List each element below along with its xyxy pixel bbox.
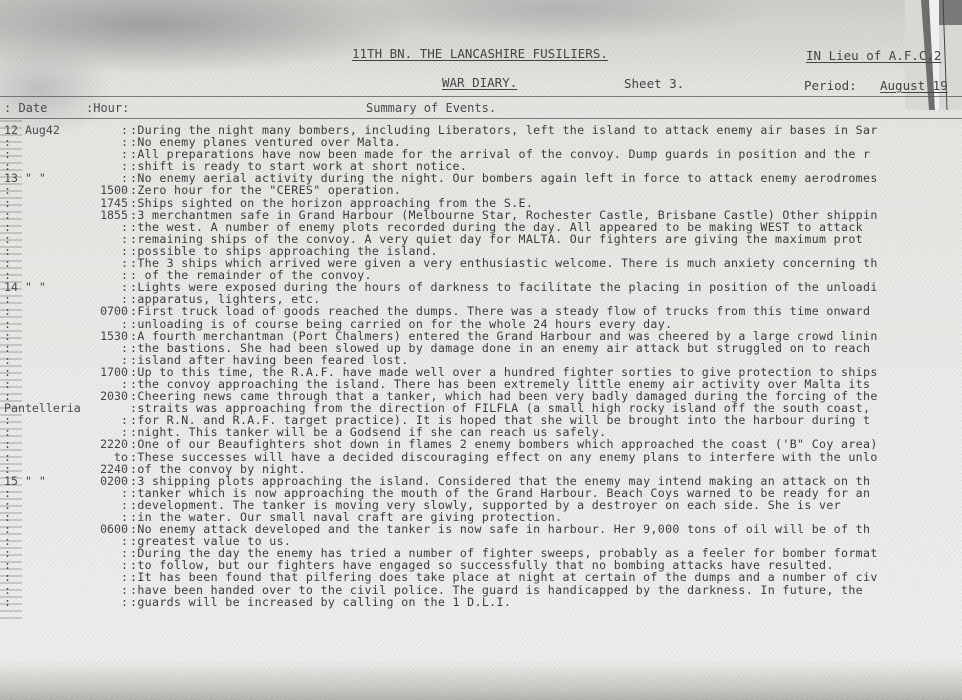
column-header-summary: Summary of Events. — [366, 101, 496, 115]
diary-entry-line: : : :have been handed over to the civil … — [0, 584, 962, 596]
entry-hour: 1855 — [88, 209, 128, 221]
diary-entry-line: : to :These successes will have a decide… — [0, 451, 962, 463]
entry-date: : — [4, 342, 96, 354]
entry-hour: : — [88, 596, 128, 608]
entry-hour: : — [88, 571, 128, 583]
diary-entry-line: : 1855 :3 merchantmen safe in Grand Harb… — [0, 209, 962, 221]
entry-hour: 0700 — [88, 305, 128, 317]
entry-summary-text: :the bastions. She had been slowed up by… — [130, 342, 870, 354]
entry-summary-text: :3 merchantmen safe in Grand Harbour (Me… — [130, 209, 878, 221]
entry-date: 13 " " — [4, 172, 96, 184]
entry-date: 14 " " — [4, 281, 96, 293]
entry-date: : — [4, 596, 96, 608]
entry-date: : — [4, 535, 96, 547]
entry-date: : — [4, 305, 96, 317]
diary-entry-line: : 2240 :of the convoy by night. — [0, 463, 962, 475]
entry-summary-text: :unloading is of course being carried on… — [130, 318, 672, 330]
period-value: August 19 — [880, 78, 948, 93]
entry-date: : — [4, 584, 96, 596]
entry-date: : — [4, 414, 96, 426]
column-header-hour: :Hour: — [86, 101, 129, 115]
entry-date: : — [4, 184, 96, 196]
entry-date: : — [4, 209, 96, 221]
entry-date: : — [4, 511, 96, 523]
sheet-number: Sheet 3. — [624, 76, 684, 91]
entry-date: : — [4, 233, 96, 245]
entry-hour: 1530 — [88, 330, 128, 342]
diary-entries: 12 Aug42 : :During the night many bomber… — [0, 124, 962, 608]
diary-entry-line: 15 " " 0200 :3 shipping plots approachin… — [0, 475, 962, 487]
entry-summary-text: :These successes will have a decided dis… — [130, 451, 878, 463]
header-rule-top — [0, 96, 962, 97]
scanned-war-diary-page: 11TH BN. THE LANCASHIRE FUSILIERS. IN Li… — [0, 0, 962, 700]
entry-summary-text: :First truck load of goods reached the d… — [130, 305, 870, 317]
entry-date: : — [4, 523, 96, 535]
entry-date: : — [4, 571, 96, 583]
entry-date: 15 " " — [4, 475, 96, 487]
diary-entry-line: : 0700 :First truck load of goods reache… — [0, 305, 962, 317]
unit-heading: 11TH BN. THE LANCASHIRE FUSILIERS. — [352, 46, 608, 61]
entry-date: : — [4, 245, 96, 257]
entry-date: : — [4, 221, 96, 233]
diary-entry-line: : 1500 :Zero hour for the "CERES" operat… — [0, 184, 962, 196]
entry-date: : — [4, 354, 96, 366]
entry-summary-text: :guards will be increased by calling on … — [130, 596, 511, 608]
entry-date: : — [4, 378, 96, 390]
entry-summary-text: :Zero hour for the "CERES" operation. — [130, 184, 401, 196]
entry-date: : — [4, 257, 96, 269]
entry-summary-text: :A fourth merchantman (Port Chalmers) en… — [130, 330, 878, 342]
diary-entry-line: : 2220 :One of our Beaufighters shot dow… — [0, 438, 962, 450]
entry-hour: : — [88, 318, 128, 330]
diary-entry-line: : : :the bastions. She had been slowed u… — [0, 342, 962, 354]
entry-hour: 2030 — [88, 390, 128, 402]
diary-entry-line: : 1745 :Ships sighted on the horizon app… — [0, 197, 962, 209]
entry-hour: : — [88, 342, 128, 354]
entry-summary-text: :have been handed over to the civil poli… — [130, 584, 863, 596]
entry-date: : — [4, 463, 96, 475]
entry-hour: 2240 — [88, 463, 128, 475]
diary-entry-line: : : :guards will be increased by calling… — [0, 596, 962, 608]
entry-summary-text: :One of our Beaufighters shot down in fl… — [130, 438, 878, 450]
in-lieu-form-reference: IN Lieu of A.F.C.2 — [806, 48, 941, 63]
entry-hour: to — [88, 451, 128, 463]
entry-hour: 1745 — [88, 197, 128, 209]
entry-date: : — [4, 148, 96, 160]
entry-hour: 1500 — [88, 184, 128, 196]
entry-summary-text: :3 shipping plots approaching the island… — [130, 475, 870, 487]
entry-summary-text: :It has been found that pilfering does t… — [130, 571, 878, 583]
entry-date: : — [4, 451, 96, 463]
entry-hour: : — [88, 584, 128, 596]
entry-date: : — [4, 547, 96, 559]
entry-date: : — [4, 330, 96, 342]
entry-date: : — [4, 438, 96, 450]
entry-date: : — [4, 318, 96, 330]
entry-date: : — [4, 487, 96, 499]
entry-date: : — [4, 559, 96, 571]
entry-date: : — [4, 293, 96, 305]
document-title: WAR DIARY. — [442, 75, 517, 90]
entry-hour: 2220 — [88, 438, 128, 450]
diary-entry-line: : 1530 :A fourth merchantman (Port Chalm… — [0, 330, 962, 342]
entry-hour: 0200 — [88, 475, 128, 487]
entry-summary-text: :of the convoy by night. — [130, 463, 306, 475]
header-rule-bottom — [0, 118, 962, 119]
column-header-date: : Date — [4, 101, 47, 115]
entry-date: : — [4, 426, 96, 438]
entry-date: Pantelleria — [4, 402, 96, 414]
entry-date: : — [4, 499, 96, 511]
entry-date: 12 Aug42 — [4, 124, 96, 136]
entry-date: : — [4, 197, 96, 209]
entry-summary-text: :Ships sighted on the horizon approachin… — [130, 197, 533, 209]
diary-entry-line: : : :unloading is of course being carrie… — [0, 318, 962, 330]
entry-date: : — [4, 366, 96, 378]
period-label: Period: — [804, 78, 857, 93]
entry-date: : — [4, 136, 96, 148]
diary-entry-line: : : :It has been found that pilfering do… — [0, 571, 962, 583]
